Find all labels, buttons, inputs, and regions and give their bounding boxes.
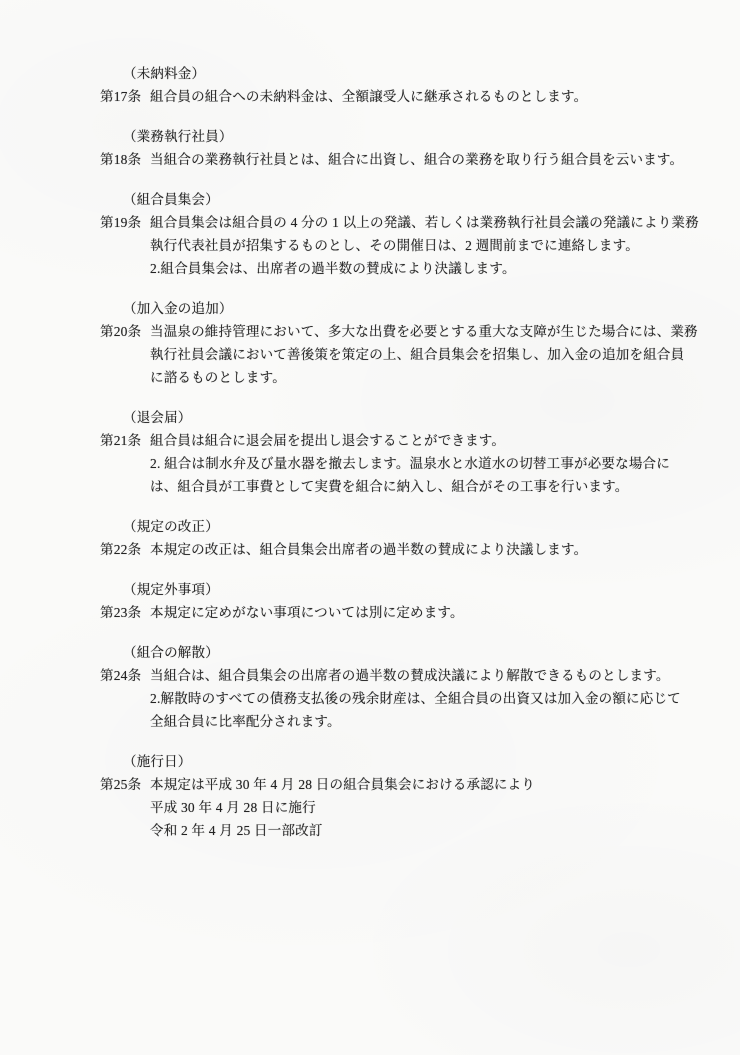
article-section: （組合員集会） 第19条 組合員集会は組合員の 4 分の 1 以上の発議、若しく… <box>0 188 740 280</box>
article-line: は、組合員が工事費として実費を組合に納入し、組合がその工事を行います。 <box>100 475 740 498</box>
article-line: 2.解散時のすべての債務支払後の残余財産は、全組合員の出資又は加入金の額に応じて <box>100 687 740 710</box>
article-section: （施行日） 第25条 本規定は平成 30 年 4 月 28 日の組合員集会におけ… <box>0 750 740 842</box>
article-heading: （規定外事項） <box>123 578 740 601</box>
article-number: 第22条 <box>100 538 141 561</box>
article-line: 2.組合員集会は、出席者の過半数の賛成により決議します。 <box>100 257 740 280</box>
article-body: 第21条 組合員は組合に退会届を提出し退会することができます。2. 組合は制水弁… <box>100 429 740 498</box>
article-line: 当組合の業務執行社員とは、組合に出資し、組合の業務を取り行う組合員を云います。 <box>100 148 740 171</box>
article-line: 2. 組合は制水弁及び量水器を撤去します。温泉水と水道水の切替工事が必要な場合に <box>100 452 740 475</box>
article-body: 第20条 当温泉の維持管理において、多大な出費を必要とする重大な支障が生じた場合… <box>100 320 740 389</box>
article-line: 本規定は平成 30 年 4 月 28 日の組合員集会における承認により <box>100 773 740 796</box>
article-heading: （組合員集会） <box>123 188 740 211</box>
document-page: （未納料金） 第17条 組合員の組合への未納料金は、全額譲受人に継承されるものと… <box>0 0 740 1055</box>
article-line: 組合員の組合への未納料金は、全額譲受人に継承されるものとします。 <box>100 85 740 108</box>
article-number: 第18条 <box>100 148 141 171</box>
article-number: 第25条 <box>100 773 141 796</box>
article-line: 令和 2 年 4 月 25 日一部改訂 <box>100 819 740 842</box>
article-line: 本規定の改正は、組合員集会出席者の過半数の賛成により決議します。 <box>100 538 740 561</box>
article-heading: （加入金の追加） <box>123 297 740 320</box>
article-line: 平成 30 年 4 月 28 日に施行 <box>100 796 740 819</box>
article-heading: （未納料金） <box>123 62 740 85</box>
article-section: （規定の改正） 第22条 本規定の改正は、組合員集会出席者の過半数の賛成により決… <box>0 515 740 561</box>
article-section: （加入金の追加） 第20条 当温泉の維持管理において、多大な出費を必要とする重大… <box>0 297 740 389</box>
article-heading: （施行日） <box>123 750 740 773</box>
article-line: に諮るものとします。 <box>100 366 740 389</box>
article-body: 第18条 当組合の業務執行社員とは、組合に出資し、組合の業務を取り行う組合員を云… <box>100 148 740 171</box>
document-body: （未納料金） 第17条 組合員の組合への未納料金は、全額譲受人に継承されるものと… <box>0 62 740 842</box>
article-line: 当組合は、組合員集会の出席者の過半数の賛成決議により解散できるものとします。 <box>100 664 740 687</box>
article-line: 全組合員に比率配分されます。 <box>100 710 740 733</box>
article-body: 第17条 組合員の組合への未納料金は、全額譲受人に継承されるものとします。 <box>100 85 740 108</box>
article-section: （未納料金） 第17条 組合員の組合への未納料金は、全額譲受人に継承されるものと… <box>0 62 740 108</box>
article-heading: （退会届） <box>123 406 740 429</box>
article-line: 組合員は組合に退会届を提出し退会することができます。 <box>100 429 740 452</box>
article-line: 組合員集会は組合員の 4 分の 1 以上の発議、若しくは業務執行社員会議の発議に… <box>100 211 740 234</box>
article-number: 第17条 <box>100 85 141 108</box>
article-line: 執行代表社員が招集するものとし、その開催日は、2 週間前までに連絡します。 <box>100 234 740 257</box>
article-heading: （業務執行社員） <box>123 125 740 148</box>
article-section: （退会届） 第21条 組合員は組合に退会届を提出し退会することができます。2. … <box>0 406 740 498</box>
article-section: （業務執行社員） 第18条 当組合の業務執行社員とは、組合に出資し、組合の業務を… <box>0 125 740 171</box>
article-number: 第24条 <box>100 664 141 687</box>
article-body: 第19条 組合員集会は組合員の 4 分の 1 以上の発議、若しくは業務執行社員会… <box>100 211 740 280</box>
article-section: （組合の解散） 第24条 当組合は、組合員集会の出席者の過半数の賛成決議により解… <box>0 641 740 733</box>
article-body: 第24条 当組合は、組合員集会の出席者の過半数の賛成決議により解散できるものとし… <box>100 664 740 733</box>
article-heading: （組合の解散） <box>123 641 740 664</box>
article-body: 第23条 本規定に定めがない事項については別に定めます。 <box>100 601 740 624</box>
article-number: 第20条 <box>100 320 141 343</box>
article-section: （規定外事項） 第23条 本規定に定めがない事項については別に定めます。 <box>0 578 740 624</box>
article-line: 本規定に定めがない事項については別に定めます。 <box>100 601 740 624</box>
article-number: 第23条 <box>100 601 141 624</box>
article-line: 当温泉の維持管理において、多大な出費を必要とする重大な支障が生じた場合には、業務 <box>100 320 740 343</box>
article-number: 第21条 <box>100 429 141 452</box>
article-body: 第25条 本規定は平成 30 年 4 月 28 日の組合員集会における承認により… <box>100 773 740 842</box>
article-body: 第22条 本規定の改正は、組合員集会出席者の過半数の賛成により決議します。 <box>100 538 740 561</box>
article-number: 第19条 <box>100 211 141 234</box>
article-line: 執行社員会議において善後策を策定の上、組合員集会を招集し、加入金の追加を組合員 <box>100 343 740 366</box>
article-heading: （規定の改正） <box>123 515 740 538</box>
